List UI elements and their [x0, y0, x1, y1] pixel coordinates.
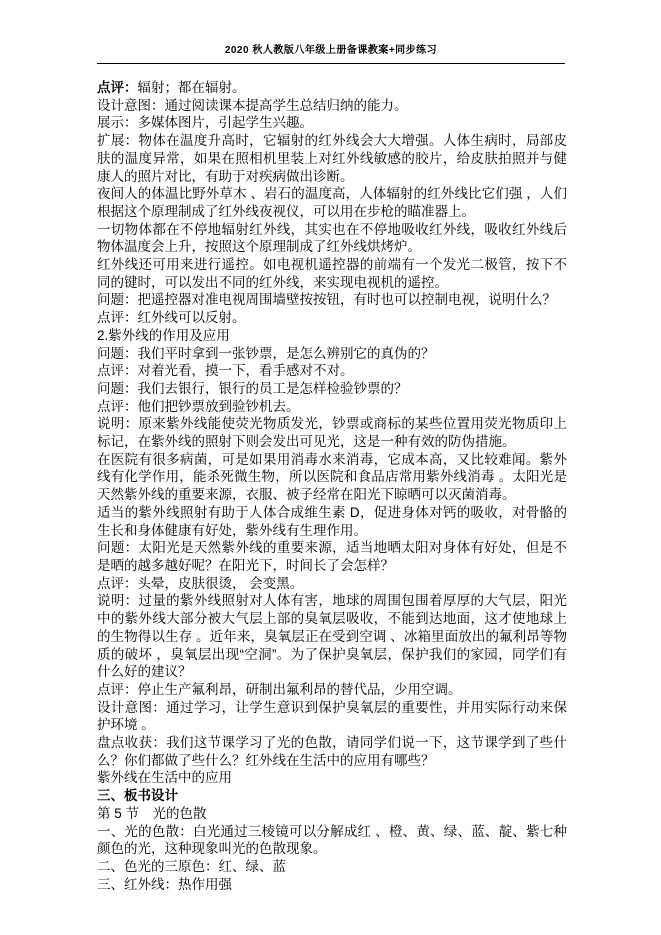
paragraph-text: 扩展：物体在温度升高时，它辐射的红外线会大大增强。人体生病时，局部皮肤的温度异常…: [97, 133, 567, 183]
paragraph-text: 适当的紫外线照射有助于人体合成维生素 D，促进身体对钙的吸收，对骨骼的生长和身体…: [97, 505, 567, 538]
paragraph-text: 说明：过量的紫外线照射对人体有害，地球的周围包围着厚厚的大气层，阳光中的紫外线大…: [97, 593, 567, 679]
paragraph-text: 说明：原来紫外线能使荧光物质发光，钞票或商标的某些位置用荧光物质印上标记，在紫外…: [97, 416, 567, 449]
paragraph-text: 一切物体都在不停地辐射红外线，其实也在不停地吸收红外线，吸收红外线后物体温度会上…: [97, 222, 567, 255]
document-page: 2020 秋人教版八年级上册备课教案+同步练习 点评：辐射；都在辐射。 设计意图…: [0, 0, 661, 935]
paragraph-text: 红外线还可用来进行遥控。如电视机遥控器的前端有一个发光二极管，按下不同的键时，可…: [97, 257, 567, 290]
paragraph-text: 问题：把遥控器对准电视周围墙壁按按钮，有时也可以控制电视，说明什么？: [97, 292, 556, 307]
paragraph: 点评：头晕，皮肤很烫， 会变黑。: [97, 575, 567, 593]
paragraph-text: 点评：头晕，皮肤很烫， 会变黑。: [97, 576, 303, 591]
paragraph: 问题：我们平时拿到一张钞票，是怎么辨别它的真伪的？: [97, 345, 567, 363]
paragraph-text: 夜间人的体温比野外草木 、岩石的温度高，人体辐射的红外线比它们强 ，人们根据这个…: [97, 186, 567, 219]
paragraph: 2.紫外线的作用及应用: [97, 327, 567, 345]
paragraph: 问题：我们去银行，银行的员工是怎样检验钞票的？: [97, 380, 567, 398]
paragraph: 夜间人的体温比野外草木 、岩石的温度高，人体辐射的红外线比它们强 ，人们根据这个…: [97, 185, 567, 220]
paragraph: 点评：对着光看，摸一下，看手感对不对。: [97, 362, 567, 380]
paragraph-lead: 点评：: [97, 80, 138, 95]
paragraph-text: 点评：他们把钞票放到验钞机去。: [97, 399, 300, 414]
paragraph-text: 设计意图：通过阅读课本提高学生总结归纳的能力。: [97, 98, 408, 113]
paragraph: 三、红外线：热作用强: [97, 876, 567, 894]
paragraph-text: 盘点收获：我们这节课学习了光的色散，请同学们说一下，这节课学到了些什么？你们都做…: [97, 735, 567, 768]
paragraph-text: 在医院有很多病菌，可是如果用消毒水来消毒，它成本高，又比较难闻。紫外线有化学作用…: [97, 452, 567, 502]
page-header: 2020 秋人教版八年级上册备课教案+同步练习: [97, 41, 565, 64]
paragraph: 紫外线在生活中的应用: [97, 769, 567, 787]
paragraph-text: 2.紫外线的作用及应用: [97, 328, 230, 343]
paragraph: 问题：把遥控器对准电视周围墙壁按按钮，有时也可以控制电视，说明什么？: [97, 291, 567, 309]
paragraph-text: 展示：多媒体图片，引起学生兴趣。: [97, 115, 313, 130]
paragraph: 展示：多媒体图片，引起学生兴趣。: [97, 114, 567, 132]
page-header-title: 2020 秋人教版八年级上册备课教案+同步练习: [225, 45, 437, 56]
paragraph-text: 紫外线在生活中的应用: [97, 770, 232, 785]
paragraph-text: 点评：红外线可以反射。: [97, 310, 246, 325]
paragraph-text: 辐射；都在辐射。: [138, 80, 246, 95]
paragraph-text: 点评：停止生产氟利昂，研制出氟利昂的替代品，少用空调。: [97, 682, 462, 697]
paragraph: 设计意图：通过学习，让学生意识到保护臭氧层的重要性，并用实际行动来保护环境 。: [97, 699, 567, 734]
paragraph: 设计意图：通过阅读课本提高学生总结归纳的能力。: [97, 97, 567, 115]
paragraph: 点评：停止生产氟利昂，研制出氟利昂的替代品，少用空调。: [97, 681, 567, 699]
paragraph: 说明：过量的紫外线照射对人体有害，地球的周围包围着厚厚的大气层，阳光中的紫外线大…: [97, 592, 567, 681]
paragraph-text: 点评：对着光看，摸一下，看手感对不对。: [97, 363, 354, 378]
paragraph: 一切物体都在不停地辐射红外线，其实也在不停地吸收红外线，吸收红外线后物体温度会上…: [97, 221, 567, 256]
paragraph-text: 问题：我们去银行，银行的员工是怎样检验钞票的？: [97, 381, 408, 396]
paragraph-text: 设计意图：通过学习，让学生意识到保护臭氧层的重要性，并用实际行动来保护环境 。: [97, 700, 567, 733]
paragraph: 盘点收获：我们这节课学习了光的色散，请同学们说一下，这节课学到了些什么？你们都做…: [97, 734, 567, 769]
section-heading: 三、板书设计: [97, 787, 567, 805]
paragraph: 问题：太阳光是天然紫外线的重要来源，适当地晒太阳对身体有好处，但是不是晒的越多越…: [97, 539, 567, 574]
document-body: 点评：辐射；都在辐射。 设计意图：通过阅读课本提高学生总结归纳的能力。 展示：多…: [97, 79, 567, 893]
paragraph-text: 三、红外线：热作用强: [97, 877, 232, 892]
paragraph: 红外线还可用来进行遥控。如电视机遥控器的前端有一个发光二极管，按下不同的键时，可…: [97, 256, 567, 291]
paragraph: 二、色光的三原色：红、绿、蓝: [97, 858, 567, 876]
paragraph-text: 第 5 节 光的色散: [97, 806, 207, 821]
paragraph: 点评：他们把钞票放到验钞机去。: [97, 398, 567, 416]
paragraph: 点评：辐射；都在辐射。: [97, 79, 567, 97]
paragraph: 一、光的色散：白光通过三棱镜可以分解成红 、橙、黄、绿、蓝、靛、紫七种颜色的光，…: [97, 823, 567, 858]
paragraph-text: 问题：太阳光是天然紫外线的重要来源，适当地晒太阳对身体有好处，但是不是晒的越多越…: [97, 540, 567, 573]
paragraph-lead: 三、板书设计: [97, 788, 178, 803]
paragraph: 第 5 节 光的色散: [97, 805, 567, 823]
paragraph-text: 一、光的色散：白光通过三棱镜可以分解成红 、橙、黄、绿、蓝、靛、紫七种颜色的光，…: [97, 824, 567, 857]
paragraph-text: 问题：我们平时拿到一张钞票，是怎么辨别它的真伪的？: [97, 346, 435, 361]
paragraph: 在医院有很多病菌，可是如果用消毒水来消毒，它成本高，又比较难闻。紫外线有化学作用…: [97, 451, 567, 504]
paragraph: 扩展：物体在温度升高时，它辐射的红外线会大大增强。人体生病时，局部皮肤的温度异常…: [97, 132, 567, 185]
paragraph: 说明：原来紫外线能使荧光物质发光，钞票或商标的某些位置用荧光物质印上标记，在紫外…: [97, 415, 567, 450]
paragraph: 适当的紫外线照射有助于人体合成维生素 D，促进身体对钙的吸收，对骨骼的生长和身体…: [97, 504, 567, 539]
paragraph-text: 二、色光的三原色：红、绿、蓝: [97, 859, 286, 874]
paragraph: 点评：红外线可以反射。: [97, 309, 567, 327]
